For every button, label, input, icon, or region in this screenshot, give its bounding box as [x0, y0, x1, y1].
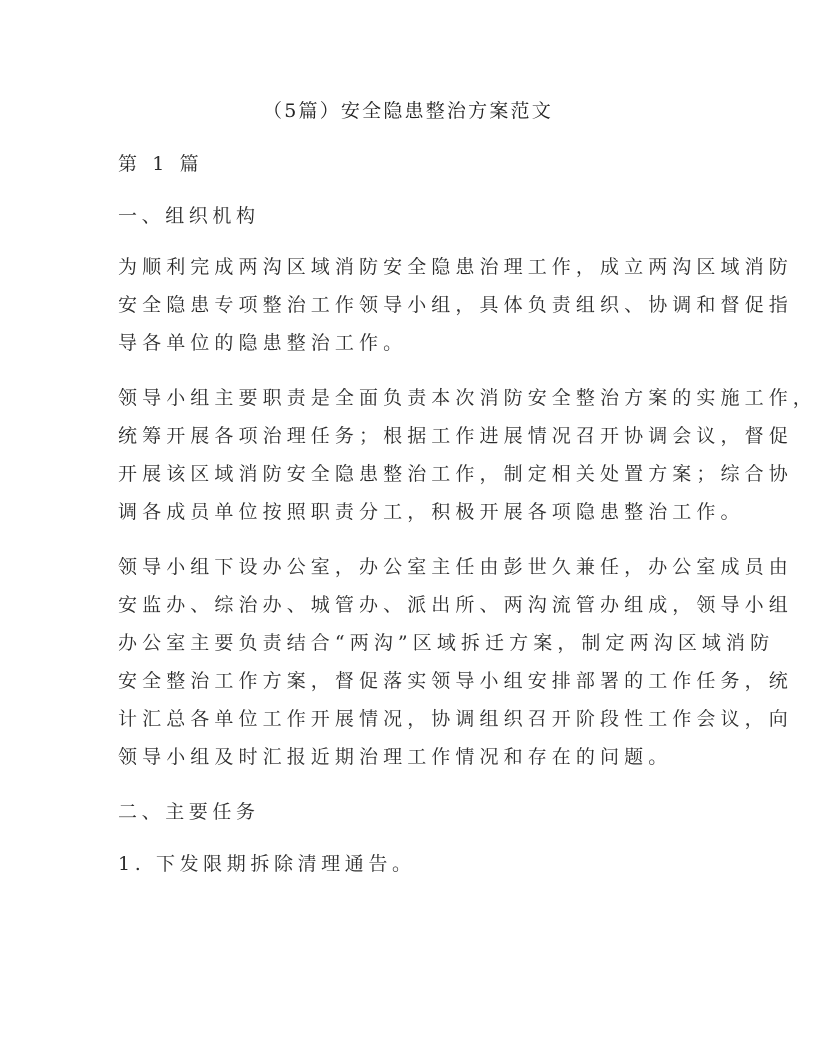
- document-page: （5篇）安全隐患整治方案范文 第 1 篇 一、组织机构 为顺利完成两沟区域消防安…: [0, 0, 816, 1056]
- document-title: （5篇）安全隐患整治方案范文: [0, 97, 816, 125]
- paragraph-line: 领导小组主要职责是全面负责本次消防安全整治方案的实施工作，: [118, 384, 816, 412]
- task-item-1: 1. 下发限期拆除清理通告。: [118, 850, 416, 878]
- paragraph-line: 计汇总各单位工作开展情况，协调组织召开阶段性工作会议，向: [118, 705, 793, 733]
- heading-organization: 一、组织机构: [118, 202, 260, 230]
- paragraph-line: 调各成员单位按照职责分工，积极开展各项隐患整治工作。: [118, 498, 745, 526]
- paragraph-line: 安全整治工作方案，督促落实领导小组安排部署的工作任务，统: [118, 667, 793, 695]
- paragraph-line: 安监办、综治办、城管办、派出所、两沟流管办组成，领导小组: [118, 591, 793, 619]
- section-label: 第 1 篇: [118, 150, 203, 178]
- paragraph-line: 导各单位的隐患整治工作。: [118, 329, 407, 357]
- heading-main-tasks: 二、主要任务: [118, 798, 260, 826]
- paragraph-line: 开展该区域消防安全隐患整治工作，制定相关处置方案；综合协: [118, 460, 793, 488]
- paragraph-line: 办公室主要负责结合“两沟”区域拆迁方案，制定两沟区域消防: [118, 629, 774, 657]
- paragraph-line: 统筹开展各项治理任务；根据工作进展情况召开协调会议，督促: [118, 422, 793, 450]
- paragraph-line: 为顺利完成两沟区域消防安全隐患治理工作，成立两沟区域消防: [118, 253, 793, 281]
- paragraph-line: 安全隐患专项整治工作领导小组，具体负责组织、协调和督促指: [118, 291, 793, 319]
- paragraph-line: 领导小组下设办公室，办公室主任由彭世久兼任，办公室成员由: [118, 553, 793, 581]
- paragraph-line: 领导小组及时汇报近期治理工作情况和存在的问题。: [118, 743, 672, 771]
